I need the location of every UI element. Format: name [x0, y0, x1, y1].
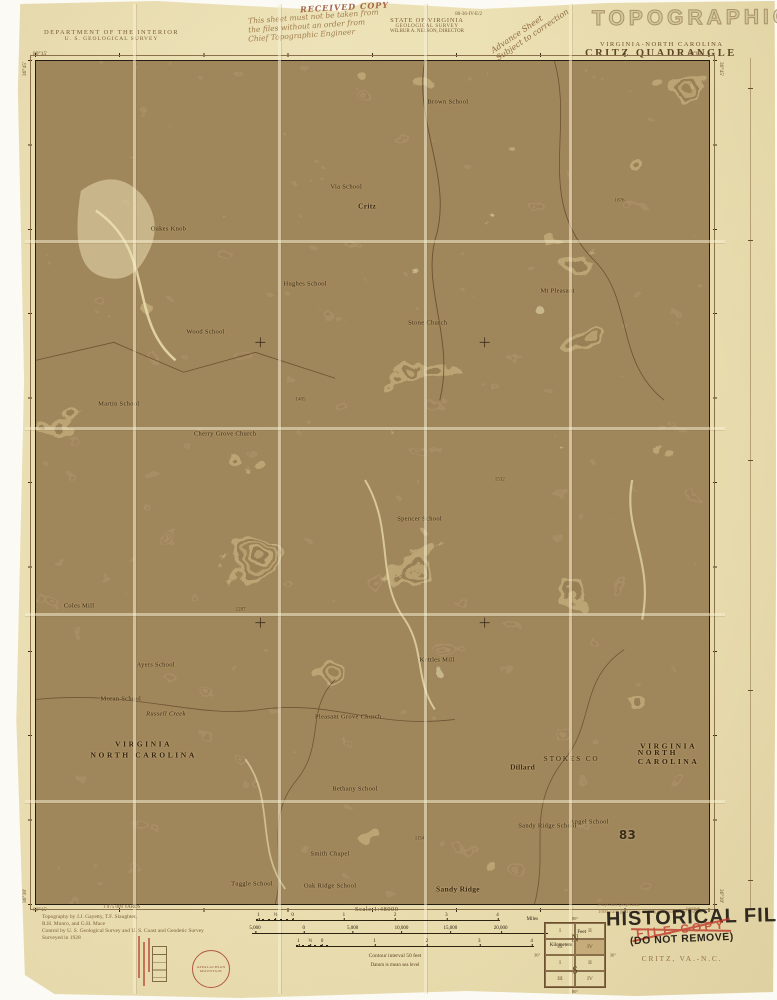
scale-tick: 2 [394, 913, 397, 918]
handwritten-note: This sheet must not be taken fromthe fil… [248, 12, 379, 39]
map-label: 1154 [415, 837, 425, 842]
yards-grid-note: 1 075 000 YARDS [103, 905, 140, 910]
map-label: Kettles Mill [420, 656, 455, 663]
map-label: Spencer School [397, 515, 442, 522]
credits-block: Topography by J.J. Gayetty, T.F. Slaught… [42, 914, 204, 942]
map-label: Hughes School [283, 281, 326, 288]
map-label: Via School [330, 183, 362, 190]
map-label: Critz [358, 201, 376, 210]
scale-tick: 2 [426, 939, 429, 944]
scale-tick: 0 [303, 926, 306, 931]
map-label-layer: Brown SchoolVia SchoolCritzOakes KnobHug… [36, 61, 709, 904]
map-label: 83 [619, 828, 636, 842]
scale-bar-feet: Feet 5,00005,00010,00015,00020,000 [252, 925, 548, 936]
map-label: Brown School [427, 99, 468, 106]
scale-bar-line [252, 933, 548, 934]
margin-crease [750, 58, 751, 908]
map-label: Dillard [510, 763, 535, 772]
credit-line: Surveyed in 1928 [42, 935, 204, 942]
graticule-ticks-right [713, 60, 717, 905]
state-title: STATE OF VIRGINIA [372, 17, 482, 24]
index-cell: IV [575, 939, 605, 955]
map-label: 1676 [614, 198, 624, 203]
map-label: Ayers School [137, 661, 175, 668]
department-heading: DEPARTMENT OF THE INTERIOR U. S. GEOLOGI… [44, 29, 179, 42]
red-registration-marks [136, 934, 152, 988]
map-area: Brown SchoolVia SchoolCritzOakes KnobHug… [35, 60, 710, 905]
map-label: VIRGINIA [115, 739, 172, 748]
index-cell: II [575, 923, 605, 939]
index-north-letter: N [571, 934, 578, 945]
scanned-map-sheet: DEPARTMENT OF THE INTERIOR U. S. GEOLOGI… [0, 0, 777, 1000]
map-label: 1532 [495, 477, 505, 482]
map-label: Cherry Grove Church [194, 431, 256, 438]
scale-tick: 15,000 [443, 926, 457, 931]
topographic-file-stamp: TOPOGRAPHIC FILE [592, 5, 777, 31]
scale-tick: 0 [321, 939, 324, 944]
crease-tick [748, 240, 753, 241]
department-line1: DEPARTMENT OF THE INTERIOR [44, 29, 179, 36]
sheet-name: CRITZ, VA.-N.C. [607, 954, 757, 963]
index-cell: III [545, 971, 575, 987]
datum-note: Datum is mean sea level [320, 963, 470, 968]
scale-bar-kilometers: Kilometers 1½01234 [296, 938, 534, 949]
grid-key-box [152, 946, 167, 982]
region-title: VIRGINIA-NORTH CAROLINA [600, 41, 720, 48]
contour-interval-note: Contour interval 50 feet [320, 953, 470, 959]
scale-tick: 1 [297, 939, 300, 944]
index-south-letter: S [572, 966, 578, 977]
corner-lat-tr: 36°45' [718, 62, 724, 76]
scale-tick: 5,000 [249, 926, 260, 931]
circular-stamp: APPALACHIAN MOUNTAIN [192, 950, 230, 988]
scale-tick: 10,000 [395, 926, 409, 931]
graticule-ticks-left [28, 60, 32, 905]
circular-stamp-line2: MOUNTAIN [200, 969, 222, 974]
map-label: Martin School [98, 401, 139, 408]
scale-bar-subdivisions [256, 919, 293, 922]
scale-tick: ½ [274, 913, 278, 918]
scale-tick: 4 [530, 939, 533, 944]
scale-tick: 5,000 [347, 926, 358, 931]
map-label: Sandy Ridge School [518, 823, 576, 830]
map-label: Russell Creek [146, 711, 186, 718]
scale-tick: 1 [343, 913, 346, 918]
index-top-label: 80° [572, 916, 578, 921]
crease-tick [748, 690, 753, 691]
map-label: Oakes Knob [151, 225, 186, 232]
map-label: Bethany School [332, 786, 378, 793]
map-label: Stone Church [408, 320, 447, 327]
index-cell: I [545, 955, 575, 971]
crease-tick [748, 880, 753, 881]
scale-tick: 4 [496, 913, 499, 918]
map-label: Sandy Ridge [436, 884, 480, 893]
index-right-label: 36° [610, 953, 616, 958]
map-label: Coles Mill [64, 603, 95, 610]
scale-tick: 20,000 [494, 926, 508, 931]
map-label: Oak Ridge School [304, 883, 356, 890]
scale-unit: Miles [527, 917, 538, 922]
graticule-ticks-top [35, 53, 710, 57]
crease-tick [748, 88, 753, 89]
scale-tick: ½ [308, 939, 312, 944]
state-survey-block: 80-36-IV-E/2 STATE OF VIRGINIA GEOLOGICA… [372, 12, 482, 34]
map-label: Wood School [186, 328, 224, 335]
index-cell: II [575, 955, 605, 971]
map-label: Moran School [100, 696, 141, 703]
map-label: 1405 [295, 397, 305, 402]
corner-lat-br: 36°30' [718, 889, 724, 903]
scale-bar-line [296, 946, 534, 947]
scale-bar-subdivisions [296, 945, 332, 948]
scale-bar-miles: Miles 1½01234 [256, 912, 500, 923]
map-label: STOKES CO [544, 755, 600, 763]
index-left-label: 36° [534, 953, 540, 958]
state-director: WILBUR A. NELSON, DIRECTOR [372, 29, 482, 34]
map-label: Pleasant Grove Church [315, 713, 382, 720]
credit-line: Control by U. S. Geological Survey and U… [42, 928, 204, 935]
index-bottom-label: 80° [572, 989, 578, 994]
scale-tick: 0 [291, 913, 294, 918]
credit-line: Topography by J.J. Gayetty, T.F. Slaught… [42, 914, 204, 921]
scale-tick: 3 [478, 939, 481, 944]
map-label: Tuggle School [231, 880, 273, 887]
scale-tick: 1 [257, 913, 260, 918]
map-label: NORTH CAROLINA [90, 750, 196, 759]
crease-tick [748, 460, 753, 461]
scale-tick: 1 [373, 939, 376, 944]
map-label: NORTH CAROLINA [638, 748, 700, 766]
map-label: 1287 [236, 607, 246, 612]
scale-tick: 3 [445, 913, 448, 918]
quadrangle-index-diagram: IIIIIIIV IIIIIIIV N S 80° 80° 36° 36° [544, 922, 606, 988]
index-cell: IV [575, 971, 605, 987]
department-line2: U. S. GEOLOGICAL SURVEY [44, 36, 179, 42]
map-label: Smith Chapel [311, 851, 350, 858]
credit-line: R.H. Munro, and G.H. Mace [42, 921, 204, 928]
map-label: Mt Pleasant [540, 288, 574, 295]
